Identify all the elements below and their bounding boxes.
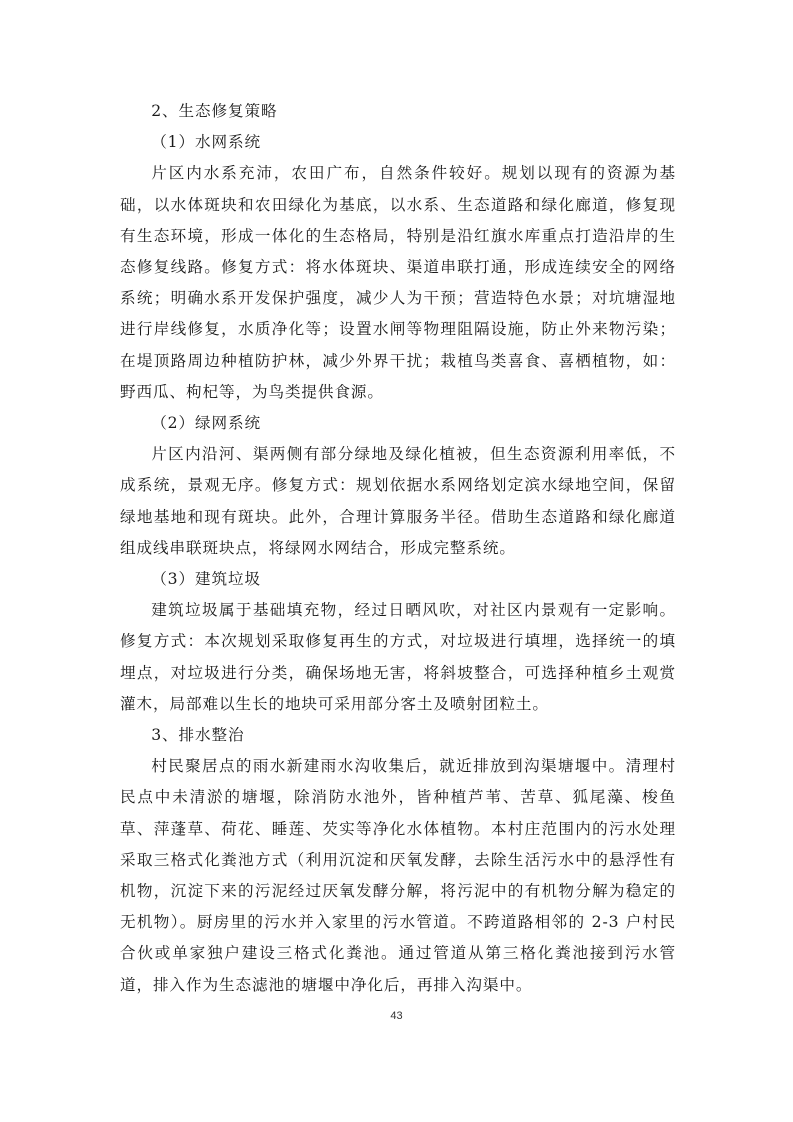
paragraph-green-network: 片区内沿河、渠两侧有部分绿地及绿化植被，但生态资源利用率低，不成系统，景观无序。… [120, 439, 676, 564]
subsection-heading-water-network: （1）水网系统 [120, 127, 676, 158]
paragraph-drainage: 村民聚居点的雨水新建雨水沟收集后，就近排放到沟渠塘堰中。清理村民点中未清淤的塘堰… [120, 751, 676, 1001]
paragraph-construction-waste: 建筑垃圾属于基础填充物，经过日晒风吹，对社区内景观有一定影响。修复方式：本次规划… [120, 595, 676, 720]
subsection-heading-construction-waste: （3）建筑垃圾 [120, 564, 676, 595]
section-heading-ecological-restoration: 2、生态修复策略 [120, 96, 676, 127]
subsection-heading-green-network: （2）绿网系统 [120, 408, 676, 439]
page-number: 43 [0, 1010, 793, 1022]
document-body: 2、生态修复策略 （1）水网系统 片区内水系充沛，农田广布，自然条件较好。规划以… [120, 96, 676, 1001]
section-heading-drainage: 3、排水整治 [120, 720, 676, 751]
paragraph-water-network: 片区内水系充沛，农田广布，自然条件较好。规划以现有的资源为基础，以水体斑块和农田… [120, 158, 676, 408]
